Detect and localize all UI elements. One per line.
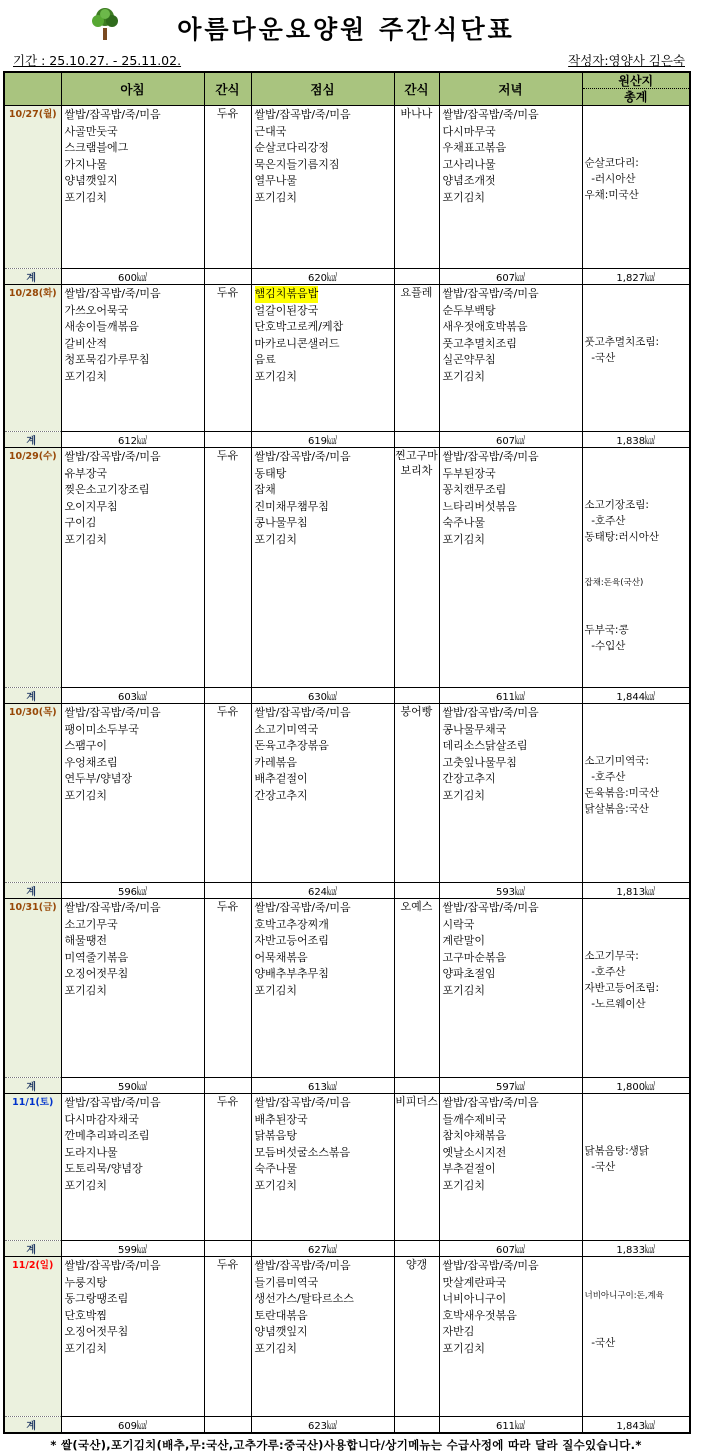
day-row-tue: 10/28(화) 쌀밥/잡곡밥/죽/미음 가쓰오어묵국 새송이들깨볶음 갈비산적… (4, 285, 690, 432)
origin-info: 소고기무국: -호주산 자반고등어조림: -노르웨이산 (582, 899, 690, 1078)
afternoon-snack: 붕어빵 (394, 704, 439, 883)
column-header-snack-am: 간식 (204, 72, 251, 106)
breakfast-menu: 쌀밥/잡곡밥/죽/미음 가쓰오어묵국 새송이들깨볶음 갈비산적 청포묵김가루무침… (61, 285, 204, 432)
empty-cell (394, 1078, 439, 1094)
empty-cell (394, 1241, 439, 1257)
total-kcal: 1,833㎉ (582, 1241, 690, 1257)
date-cell: 11/2(일) (4, 1257, 61, 1417)
total-row-label: 계 (4, 688, 61, 704)
lunch-kcal: 627㎉ (251, 1241, 394, 1257)
empty-cell (204, 1241, 251, 1257)
dinner-menu: 쌀밥/잡곡밥/죽/미음 두부된장국 꽁치캔무조림 느타리버섯볶음 숙주나물 포기… (439, 448, 582, 688)
empty-cell (204, 688, 251, 704)
dinner-menu: 쌀밥/잡곡밥/죽/미음 순두부백탕 새우젓애호박볶음 풋고추멸치조림 실곤약무침… (439, 285, 582, 432)
empty-cell (204, 432, 251, 448)
origin-header: 원산지 (583, 73, 690, 89)
period-label: 기간 : 25.10.27. - 25.11.02. (13, 51, 181, 69)
morning-snack: 두유 (204, 899, 251, 1078)
total-row-label: 계 (4, 883, 61, 899)
lunch-menu: 쌀밥/잡곡밥/죽/미음 근대국 순살코다리강정 묵은지들기름지짐 열무나물 포기… (251, 106, 394, 269)
afternoon-snack: 바나나 (394, 106, 439, 269)
weekly-menu-table: 아침 간식 점심 간식 저녁 원산지 총계 10/27(월) 쌀밥/잡곡밥/죽/… (3, 71, 691, 1434)
empty-cell (394, 1417, 439, 1434)
afternoon-snack: 양갱 (394, 1257, 439, 1417)
corner-cell (4, 72, 61, 106)
document-header: 아름다운요양원 주간식단표 (3, 4, 689, 48)
lunch-kcal: 619㎉ (251, 432, 394, 448)
tree-logo-icon (89, 6, 121, 42)
calorie-row: 계 590㎉ 613㎉ 597㎉ 1,800㎉ (4, 1078, 690, 1094)
dinner-kcal: 611㎉ (439, 688, 582, 704)
date-cell: 10/30(목) (4, 704, 61, 883)
breakfast-menu: 쌀밥/잡곡밥/죽/미음 사골만둣국 스크램블에그 가지나물 양념깻잎지 포기김치 (61, 106, 204, 269)
afternoon-snack: 오예스 (394, 899, 439, 1078)
date-cell: 10/28(화) (4, 285, 61, 432)
breakfast-kcal: 600㎉ (61, 269, 204, 285)
empty-cell (394, 432, 439, 448)
total-kcal: 1,813㎉ (582, 883, 690, 899)
calorie-row: 계 596㎉ 624㎉ 593㎉ 1,813㎉ (4, 883, 690, 899)
morning-snack: 두유 (204, 106, 251, 269)
origin-info: 순살코다리: -러시아산 우채:미국산 (582, 106, 690, 269)
highlighted-menu-item: 햄김치볶음밥 (255, 286, 319, 303)
breakfast-menu: 쌀밥/잡곡밥/죽/미음 다시마감자채국 깐메추리꽈리조림 도라지나물 도토리묵/… (61, 1094, 204, 1241)
origin-lines: 소고기무국: -호주산 자반고등어조림: -노르웨이산 (585, 948, 688, 1012)
calorie-row: 계 600㎉ 620㎉ 607㎉ 1,827㎉ (4, 269, 690, 285)
document-meta: 기간 : 25.10.27. - 25.11.02. 작성자:영양사 김은숙 (3, 51, 689, 69)
lunch-menu: 쌀밥/잡곡밥/죽/미음 호박고추장찌개 자반고등어조림 어묵채볶음 양배추부추무… (251, 899, 394, 1078)
table-header-row: 아침 간식 점심 간식 저녁 원산지 총계 (4, 72, 690, 106)
breakfast-kcal: 603㎉ (61, 688, 204, 704)
dinner-kcal: 607㎉ (439, 432, 582, 448)
empty-cell (394, 688, 439, 704)
total-kcal: 1,838㎉ (582, 432, 690, 448)
total-row-label: 계 (4, 1078, 61, 1094)
calorie-row: 계 612㎉ 619㎉ 607㎉ 1,838㎉ (4, 432, 690, 448)
lunch-menu: 쌀밥/잡곡밥/죽/미음 동태탕 잡채 진미채무챔무침 콩나물무침 포기김치 (251, 448, 394, 688)
lunch-items: 쌀밥/잡곡밥/죽/미음 들기름미역국 생선가스/탈타르소스 토란대볶음 양념깻잎… (255, 1258, 391, 1358)
breakfast-menu: 쌀밥/잡곡밥/죽/미음 팽이미소두부국 스팸구이 우엉채조림 연두부/양념장 포… (61, 704, 204, 883)
footer-note: * 쌀(국산),포기김치(배추,무:국산,고추가루:중국산)사용합니다/상기메뉴… (3, 1437, 689, 1453)
total-header: 총계 (583, 89, 690, 105)
date-cell: 10/31(금) (4, 899, 61, 1078)
lunch-menu: 햄김치볶음밥얼갈이된장국 단호박고로케/케찹 마카로니콘샐러드 음료 포기김치 (251, 285, 394, 432)
origin-note-small: 잡채:돈육(국산) (585, 577, 688, 590)
dinner-kcal: 607㎉ (439, 1241, 582, 1257)
afternoon-snack: 요플레 (394, 285, 439, 432)
lunch-menu: 쌀밥/잡곡밥/죽/미음 소고기미역국 돈육고추장볶음 카레볶음 배추겉절이 간장… (251, 704, 394, 883)
origin-lines: -국산 (585, 1335, 688, 1351)
origin-info: 너비아니구이:돈,계육 -국산 (582, 1257, 690, 1417)
total-row-label: 계 (4, 269, 61, 285)
morning-snack: 두유 (204, 285, 251, 432)
lunch-items: 쌀밥/잡곡밥/죽/미음 동태탕 잡채 진미채무챔무침 콩나물무침 포기김치 (255, 449, 391, 549)
dinner-menu: 쌀밥/잡곡밥/죽/미음 시락국 계란말이 고구마순볶음 양파초절임 포기김치 (439, 899, 582, 1078)
date-cell: 11/1(토) (4, 1094, 61, 1241)
total-kcal: 1,843㎉ (582, 1417, 690, 1434)
total-kcal: 1,844㎉ (582, 688, 690, 704)
origin-lines: 두부국:콩 -수입산 (585, 622, 688, 654)
breakfast-kcal: 599㎉ (61, 1241, 204, 1257)
column-header-breakfast: 아침 (61, 72, 204, 106)
empty-cell (204, 269, 251, 285)
dinner-menu: 쌀밥/잡곡밥/죽/미음 다시마무국 우채표고볶음 고사리나물 양념조개젓 포기김… (439, 106, 582, 269)
calorie-row: 계 609㎉ 623㎉ 611㎉ 1,843㎉ (4, 1417, 690, 1434)
dinner-kcal: 597㎉ (439, 1078, 582, 1094)
origin-info: 소고기장조림: -호주산 동태탕:러시아산 잡채:돈육(국산) 두부국:콩 -수… (582, 448, 690, 688)
calorie-row: 계 599㎉ 627㎉ 607㎉ 1,833㎉ (4, 1241, 690, 1257)
author-label: 작성자:영양사 김은숙 (568, 51, 685, 69)
day-row-sun: 11/2(일) 쌀밥/잡곡밥/죽/미음 누룽지탕 동그랑땡조림 단호박찜 오징어… (4, 1257, 690, 1417)
date-cell: 10/27(월) (4, 106, 61, 269)
lunch-items: 쌀밥/잡곡밥/죽/미음 배추된장국 닭볶음탕 모듬버섯굴소스볶음 숙주나물 포기… (255, 1095, 391, 1195)
dinner-menu: 쌀밥/잡곡밥/죽/미음 콩나물무채국 데리소스닭살조림 고춧잎나물무침 간장고추… (439, 704, 582, 883)
lunch-kcal: 630㎉ (251, 688, 394, 704)
total-kcal: 1,827㎉ (582, 269, 690, 285)
total-row-label: 계 (4, 1241, 61, 1257)
lunch-items: 쌀밥/잡곡밥/죽/미음 소고기미역국 돈육고추장볶음 카레볶음 배추겉절이 간장… (255, 705, 391, 805)
empty-cell (204, 883, 251, 899)
calorie-row: 계 603㎉ 630㎉ 611㎉ 1,844㎉ (4, 688, 690, 704)
lunch-kcal: 624㎉ (251, 883, 394, 899)
morning-snack: 두유 (204, 704, 251, 883)
origin-lines: 닭볶음탕:생닭 -국산 (585, 1143, 688, 1175)
day-row-sat: 11/1(토) 쌀밥/잡곡밥/죽/미음 다시마감자채국 깐메추리꽈리조림 도라지… (4, 1094, 690, 1241)
lunch-items: 얼갈이된장국 단호박고로케/케찹 마카로니콘샐러드 음료 포기김치 (255, 303, 391, 386)
origin-note-small: 너비아니구이:돈,계육 (585, 1290, 688, 1303)
total-row-label: 계 (4, 432, 61, 448)
origin-lines: 순살코다리: -러시아산 우채:미국산 (585, 155, 688, 203)
empty-cell (394, 269, 439, 285)
morning-snack: 두유 (204, 448, 251, 688)
meal-plan-document: 아름다운요양원 주간식단표 기간 : 25.10.27. - 25.11.02.… (0, 0, 692, 1453)
breakfast-kcal: 612㎉ (61, 432, 204, 448)
lunch-kcal: 623㎉ (251, 1417, 394, 1434)
origin-info: 소고기미역국: -호주산 돈육볶음:미국산 닭살볶음:국산 (582, 704, 690, 883)
morning-snack: 두유 (204, 1257, 251, 1417)
column-header-snack-pm: 간식 (394, 72, 439, 106)
breakfast-menu: 쌀밥/잡곡밥/죽/미음 유부장국 찢은소고기장조림 오이지무침 구이김 포기김치 (61, 448, 204, 688)
day-row-wed: 10/29(수) 쌀밥/잡곡밥/죽/미음 유부장국 찢은소고기장조림 오이지무침… (4, 448, 690, 688)
origin-info: 닭볶음탕:생닭 -국산 (582, 1094, 690, 1241)
origin-info: 풋고추멸치조림: -국산 (582, 285, 690, 432)
breakfast-menu: 쌀밥/잡곡밥/죽/미음 누룽지탕 동그랑땡조림 단호박찜 오징어젓무침 포기김치 (61, 1257, 204, 1417)
dinner-menu: 쌀밥/잡곡밥/죽/미음 맛살계란파국 너비아니구이 호박새우젓볶음 자반김 포기… (439, 1257, 582, 1417)
dinner-kcal: 611㎉ (439, 1417, 582, 1434)
dinner-kcal: 593㎉ (439, 883, 582, 899)
lunch-menu: 쌀밥/잡곡밥/죽/미음 배추된장국 닭볶음탕 모듬버섯굴소스볶음 숙주나물 포기… (251, 1094, 394, 1241)
empty-cell (394, 883, 439, 899)
afternoon-snack: 비피더스 (394, 1094, 439, 1241)
lunch-items: 쌀밥/잡곡밥/죽/미음 근대국 순살코다리강정 묵은지들기름지짐 열무나물 포기… (255, 107, 391, 207)
origin-lines: 소고기미역국: -호주산 돈육볶음:미국산 닭살볶음:국산 (585, 753, 688, 817)
breakfast-menu: 쌀밥/잡곡밥/죽/미음 소고기무국 해물땡전 미역줄기볶음 오징어젓무침 포기김… (61, 899, 204, 1078)
column-header-dinner: 저녁 (439, 72, 582, 106)
column-header-origin-total: 원산지 총계 (582, 72, 690, 106)
dinner-kcal: 607㎉ (439, 269, 582, 285)
empty-cell (204, 1078, 251, 1094)
total-row-label: 계 (4, 1417, 61, 1434)
dinner-menu: 쌀밥/잡곡밥/죽/미음 들깨수제비국 참치야채볶음 옛날소시지전 부추겉절이 포… (439, 1094, 582, 1241)
origin-lines: 소고기장조림: -호주산 동태탕:러시아산 (585, 497, 688, 545)
total-kcal: 1,800㎉ (582, 1078, 690, 1094)
breakfast-kcal: 609㎉ (61, 1417, 204, 1434)
breakfast-kcal: 596㎉ (61, 883, 204, 899)
lunch-items: 쌀밥/잡곡밥/죽/미음 호박고추장찌개 자반고등어조림 어묵채볶음 양배추부추무… (255, 900, 391, 1000)
day-row-fri: 10/31(금) 쌀밥/잡곡밥/죽/미음 소고기무국 해물땡전 미역줄기볶음 오… (4, 899, 690, 1078)
date-cell: 10/29(수) (4, 448, 61, 688)
lunch-kcal: 620㎉ (251, 269, 394, 285)
day-row-thu: 10/30(목) 쌀밥/잡곡밥/죽/미음 팽이미소두부국 스팸구이 우엉채조림 … (4, 704, 690, 883)
afternoon-snack: 찐고구마 보리차 (394, 448, 439, 688)
morning-snack: 두유 (204, 1094, 251, 1241)
lunch-menu: 쌀밥/잡곡밥/죽/미음 들기름미역국 생선가스/탈타르소스 토란대볶음 양념깻잎… (251, 1257, 394, 1417)
breakfast-kcal: 590㎉ (61, 1078, 204, 1094)
origin-lines: 풋고추멸치조림: -국산 (585, 334, 688, 366)
column-header-lunch: 점심 (251, 72, 394, 106)
empty-cell (204, 1417, 251, 1434)
lunch-kcal: 613㎉ (251, 1078, 394, 1094)
day-row-mon: 10/27(월) 쌀밥/잡곡밥/죽/미음 사골만둣국 스크램블에그 가지나물 양… (4, 106, 690, 269)
